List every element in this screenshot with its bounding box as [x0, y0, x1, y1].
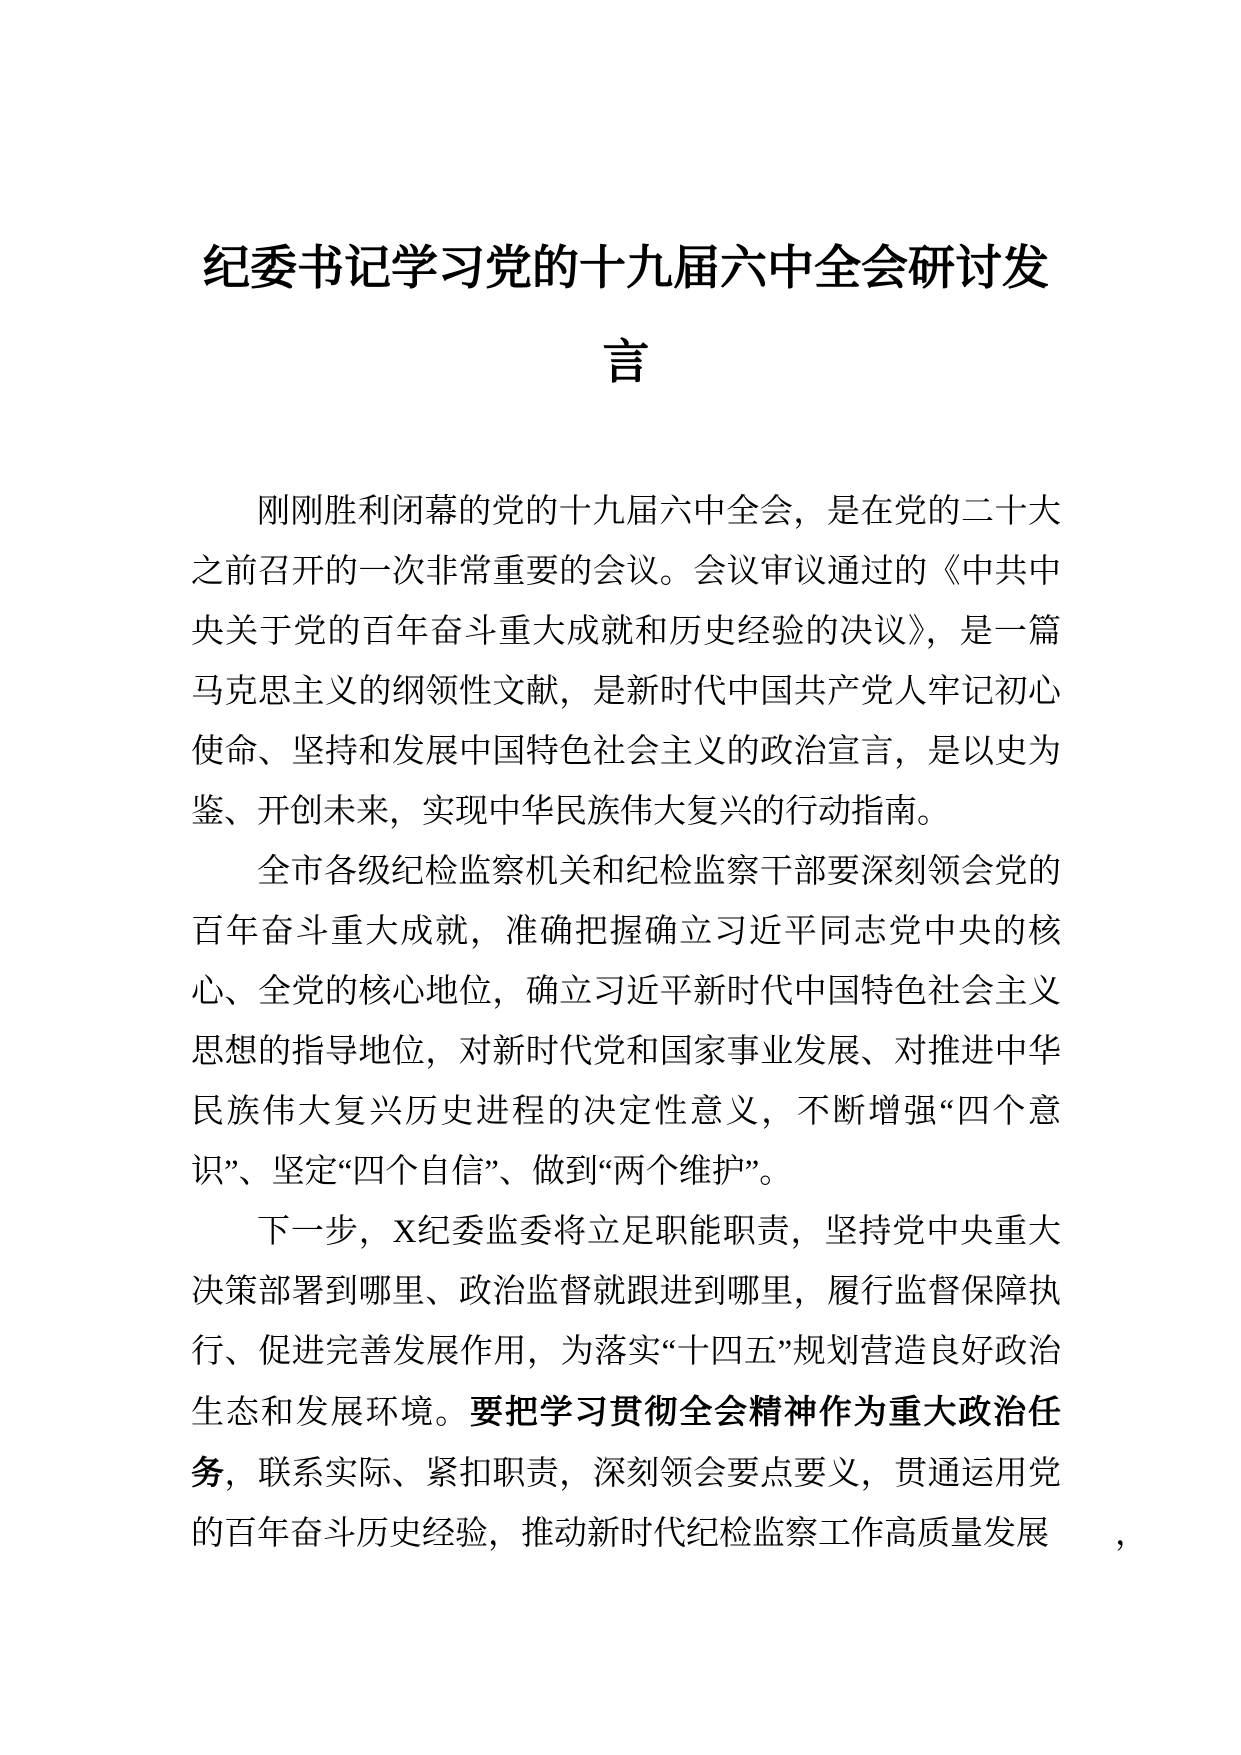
paragraph-2-text: 全市各级纪检监察机关和纪检监察干部要深刻领会党的百年奋斗重大成就，准确把握确立习…	[191, 854, 1061, 1190]
paragraph-3-trailing-comma: ，	[1049, 1504, 1058, 1564]
paragraph-3: 下一步，X纪委监委将立足职能职责，坚持党中央重大决策部署到哪里、政治监督就跟进到…	[191, 1202, 1061, 1564]
document-title: 纪委书记学习党的十九届六中全会研讨发言	[191, 221, 1061, 409]
paragraph-2: 全市各级纪检监察机关和纪检监察干部要深刻领会党的百年奋斗重大成就，准确把握确立习…	[191, 842, 1061, 1202]
paragraph-1: 刚刚胜利闭幕的党的十九届六中全会，是在党的二十大之前召开的一次非常重要的会议。会…	[191, 482, 1061, 842]
paragraph-1-text: 刚刚胜利闭幕的党的十九届六中全会，是在党的二十大之前召开的一次非常重要的会议。会…	[191, 494, 1061, 830]
document-page: 纪委书记学习党的十九届六中全会研讨发言 刚刚胜利闭幕的党的十九届六中全会，是在党…	[0, 0, 1241, 1755]
paragraph-3-text-after-bold: ，联系实际、紧扣职责，深刻领会要点要义，贯通运用党的百年奋斗历史经验，推动新时代…	[191, 1456, 1061, 1552]
document-body: 刚刚胜利闭幕的党的十九届六中全会，是在党的二十大之前召开的一次非常重要的会议。会…	[191, 482, 1061, 1564]
